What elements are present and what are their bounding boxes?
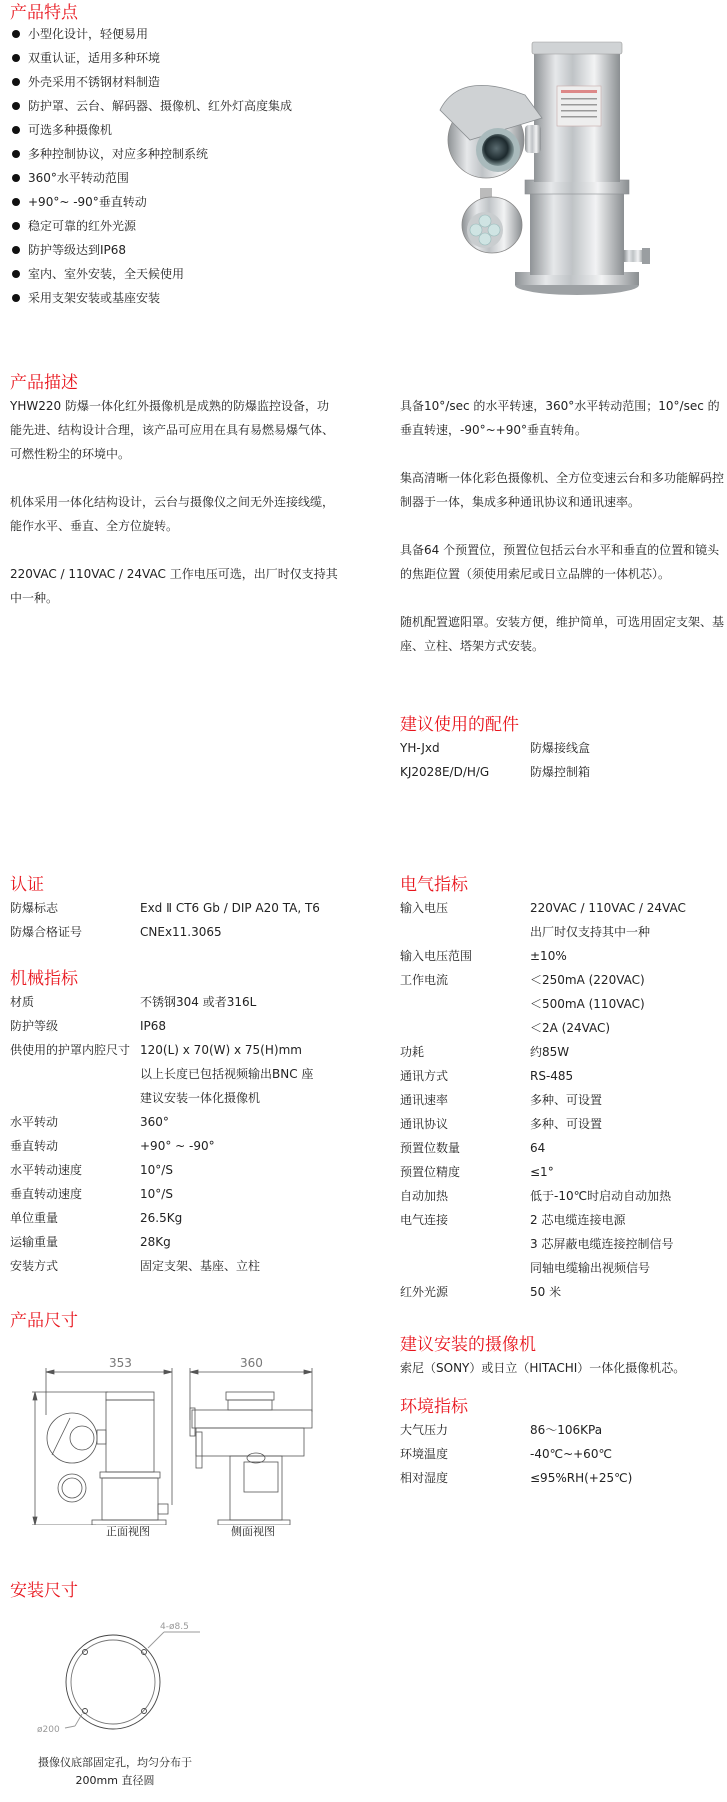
spec-row: 材质不锈钢304 或者316L [10, 990, 350, 1014]
spec-value: 多种、可设置 [530, 1112, 720, 1136]
spec-value: 3 芯屏蔽电缆连接控制信号 [530, 1232, 720, 1256]
camera-text: 索尼（SONY）或日立（HITACHI）一体化摄像机芯。 [400, 1356, 685, 1380]
spec-row: 单位重量26.5Kg [10, 1206, 350, 1230]
spec-row: 电气连接2 芯电缆连接电源 [400, 1208, 720, 1232]
spec-value: Exd Ⅱ CT6 Gb / DIP A20 TA, T6 [140, 896, 350, 920]
feature-item: 多种控制协议，对应多种控制系统 [10, 142, 292, 166]
spec-row: 工作电流＜250mA (220VAC) [400, 968, 720, 992]
electrical-title: 电气指标 [400, 874, 468, 896]
install-caption-line: 200mm 直径圆 [30, 1772, 200, 1790]
spec-key: 工作电流 [400, 968, 530, 992]
spec-row: ＜2A (24VAC) [400, 1016, 720, 1040]
spec-row: 通讯速率多种、可设置 [400, 1088, 720, 1112]
spec-key: 预置位数量 [400, 1136, 530, 1160]
spec-row: YH-Jxd防爆接线盒 [400, 736, 720, 760]
spec-key [400, 920, 530, 944]
spec-value: ±10% [530, 944, 720, 968]
spec-value: 不锈钢304 或者316L [140, 990, 350, 1014]
description-paragraph: 集高清晰一体化彩色摄像机、全方位变速云台和多功能解码控制器于一体，集成多种通讯协… [400, 466, 725, 514]
spec-row: 功耗约85W [400, 1040, 720, 1064]
description-right: 具备10°/sec 的水平转速，360°水平转动范围；10°/sec 的垂直转速… [400, 394, 725, 682]
spec-row: 建议安装一体化摄像机 [10, 1086, 350, 1110]
spec-row: 红外光源50 米 [400, 1280, 720, 1304]
spec-row: 环境温度-40℃~+60℃ [400, 1442, 720, 1466]
side-view-caption: 侧面视图 [213, 1523, 293, 1539]
description-title: 产品描述 [10, 372, 78, 394]
spec-value: 26.5Kg [140, 1206, 350, 1230]
spec-key: 防爆合格证号 [10, 920, 140, 944]
spec-key: 自动加热 [400, 1184, 530, 1208]
spec-row: 3 芯屏蔽电缆连接控制信号 [400, 1232, 720, 1256]
spec-key: 电气连接 [400, 1208, 530, 1232]
spec-value: -40℃~+60℃ [530, 1442, 720, 1466]
spec-value: 120(L) x 70(W) x 75(H)mm [140, 1038, 350, 1062]
spec-row: 大气压力86～106KPa [400, 1418, 720, 1442]
front-view-caption: 正面视图 [88, 1523, 168, 1539]
description-paragraph: 随机配置遮阳罩。安装方便，维护简单，可选用固定支架、基座、立柱、塔架方式安装。 [400, 610, 725, 658]
spec-row: KJ2028E/D/H/G防爆控制箱 [400, 760, 720, 784]
spec-value: 10°/S [140, 1158, 350, 1182]
spec-value: +90° ~ -90° [140, 1134, 350, 1158]
spec-value: 360° [140, 1110, 350, 1134]
spec-key [400, 1256, 530, 1280]
spec-value: 防爆控制箱 [530, 760, 720, 784]
spec-row: 防护等级IP68 [10, 1014, 350, 1038]
dimensions-title: 产品尺寸 [10, 1310, 78, 1332]
accessories-title: 建议使用的配件 [400, 714, 519, 736]
spec-value: 2 芯电缆连接电源 [530, 1208, 720, 1232]
spec-row: 相对湿度≤95%RH(+25℃) [400, 1466, 720, 1490]
certification-table: 防爆标志Exd Ⅱ CT6 Gb / DIP A20 TA, T6 防爆合格证号… [10, 896, 350, 944]
spec-key: 大气压力 [400, 1418, 530, 1442]
feature-item: 可选多种摄像机 [10, 118, 292, 142]
spec-row: 运输重量28Kg [10, 1230, 350, 1254]
spec-value: 以上长度已包括视频输出BNC 座 [140, 1062, 350, 1086]
spec-row: 输入电压220VAC / 110VAC / 24VAC [400, 896, 720, 920]
spec-row: 以上长度已包括视频输出BNC 座 [10, 1062, 350, 1086]
spec-value: 固定支架、基座、立柱 [140, 1254, 350, 1278]
spec-key: 垂直转动速度 [10, 1182, 140, 1206]
features-list: 小型化设计，轻便易用 双重认证，适用多种环境 外壳采用不锈钢材料制造 防护罩、云… [10, 22, 292, 310]
spec-key: 水平转动速度 [10, 1158, 140, 1182]
dimension-drawings: 353 360 401 正面视图 侧面视图 [30, 1350, 330, 1535]
spec-value: ＜250mA (220VAC) [530, 968, 720, 992]
front-width-label: 353 [109, 1356, 132, 1370]
feature-item: 室内、室外安装，全天候使用 [10, 262, 292, 286]
spec-key: 垂直转动 [10, 1134, 140, 1158]
spec-value: 50 米 [530, 1280, 720, 1304]
spec-row: 安装方式固定支架、基座、立柱 [10, 1254, 350, 1278]
spec-value: IP68 [140, 1014, 350, 1038]
spec-key: 单位重量 [10, 1206, 140, 1230]
spec-value: RS-485 [530, 1064, 720, 1088]
spec-key [400, 1232, 530, 1256]
spec-value: 低于-10℃时启动自动加热 [530, 1184, 720, 1208]
spec-row: 同轴电缆输出视频信号 [400, 1256, 720, 1280]
spec-row: 出厂时仅支持其中一种 [400, 920, 720, 944]
hole-label: 4-ø8.5 [160, 1622, 189, 1632]
description-paragraph: 具备64 个预置位，预置位包括云台水平和垂直的位置和镜头的焦距位置（须使用索尼或… [400, 538, 725, 586]
feature-item: 防护罩、云台、解码器、摄像机、红外灯高度集成 [10, 94, 292, 118]
spec-value: 约85W [530, 1040, 720, 1064]
description-paragraph: YHW220 防爆一体化红外摄像机是成熟的防爆监控设备，功能先进、结构设计合理，… [10, 394, 340, 466]
install-caption-line: 摄像仪底部固定孔，均匀分布于 [30, 1754, 200, 1772]
accessories-table: YH-Jxd防爆接线盒 KJ2028E/D/H/G防爆控制箱 [400, 736, 720, 784]
spec-value: 建议安装一体化摄像机 [140, 1086, 350, 1110]
spec-row: 防爆标志Exd Ⅱ CT6 Gb / DIP A20 TA, T6 [10, 896, 350, 920]
spec-row: 通讯方式RS-485 [400, 1064, 720, 1088]
description-paragraph: 220VAC / 110VAC / 24VAC 工作电压可选，出厂时仅支持其中一… [10, 562, 340, 610]
product-image [430, 40, 680, 300]
spec-key: 水平转动 [10, 1110, 140, 1134]
spec-row: 输入电压范围±10% [400, 944, 720, 968]
spec-key: KJ2028E/D/H/G [400, 760, 530, 784]
feature-item: 防护等级达到IP68 [10, 238, 292, 262]
spec-key: 通讯方式 [400, 1064, 530, 1088]
spec-value: 出厂时仅支持其中一种 [530, 920, 720, 944]
side-width-label: 360 [240, 1356, 263, 1370]
spec-value: 防爆接线盒 [530, 736, 720, 760]
spec-key: 输入电压范围 [400, 944, 530, 968]
camera-product-illustration [430, 40, 680, 300]
spec-row: ＜500mA (110VAC) [400, 992, 720, 1016]
spec-key: 防爆标志 [10, 896, 140, 920]
spec-key: 材质 [10, 990, 140, 1014]
spec-key: 运输重量 [10, 1230, 140, 1254]
description-paragraph: 具备10°/sec 的水平转速，360°水平转动范围；10°/sec 的垂直转速… [400, 394, 725, 442]
spec-row: 垂直转动+90° ~ -90° [10, 1134, 350, 1158]
spec-key: 防护等级 [10, 1014, 140, 1038]
camera-title: 建议安装的摄像机 [400, 1334, 536, 1356]
install-caption: 摄像仪底部固定孔，均匀分布于 200mm 直径圆 [30, 1754, 200, 1790]
description-left: YHW220 防爆一体化红外摄像机是成熟的防爆监控设备，功能先进、结构设计合理，… [10, 394, 340, 634]
description-paragraph: 机体采用一体化结构设计，云台与摄像仪之间无外连接线缆，能作水平、垂直、全方位旋转… [10, 490, 340, 538]
spec-value: ＜500mA (110VAC) [530, 992, 720, 1016]
spec-value: 86～106KPa [530, 1418, 720, 1442]
spec-row: 垂直转动速度10°/S [10, 1182, 350, 1206]
feature-item: 小型化设计，轻便易用 [10, 22, 292, 46]
spec-key: 输入电压 [400, 896, 530, 920]
spec-row: 自动加热低于-10℃时启动自动加热 [400, 1184, 720, 1208]
environment-table: 大气压力86～106KPa 环境温度-40℃~+60℃ 相对湿度≤95%RH(+… [400, 1418, 720, 1490]
spec-key: 环境温度 [400, 1442, 530, 1466]
front-height-label: 401 [30, 1445, 31, 1468]
spec-value: ≤1° [530, 1160, 720, 1184]
spec-value: CNEx11.3065 [140, 920, 350, 944]
install-drawing: 4-ø8.5 ø200 摄像仪底部固定孔，均匀分布于 200mm 直径圆 [30, 1620, 250, 1800]
feature-item: 外壳采用不锈钢材料制造 [10, 70, 292, 94]
spec-key: 功耗 [400, 1040, 530, 1064]
spec-value: 64 [530, 1136, 720, 1160]
spec-key [400, 1016, 530, 1040]
spec-row: 预置位数量64 [400, 1136, 720, 1160]
spec-row: 预置位精度≤1° [400, 1160, 720, 1184]
feature-item: 双重认证，适用多种环境 [10, 46, 292, 70]
spec-row: 水平转动速度10°/S [10, 1158, 350, 1182]
spec-value: ＜2A (24VAC) [530, 1016, 720, 1040]
certification-title: 认证 [10, 874, 44, 896]
feature-item: 360°水平转动范围 [10, 166, 292, 190]
install-title: 安装尺寸 [10, 1580, 78, 1602]
features-title: 产品特点 [10, 2, 78, 24]
spec-value: 28Kg [140, 1230, 350, 1254]
mechanical-title: 机械指标 [10, 968, 78, 990]
spec-value: ≤95%RH(+25℃) [530, 1466, 720, 1490]
spec-row: 供使用的护罩内腔尺寸120(L) x 70(W) x 75(H)mm [10, 1038, 350, 1062]
environment-title: 环境指标 [400, 1396, 468, 1418]
spec-row: 水平转动360° [10, 1110, 350, 1134]
technical-drawing: 353 360 401 [30, 1350, 330, 1525]
spec-row: 通讯协议多种、可设置 [400, 1112, 720, 1136]
spec-key [10, 1086, 140, 1110]
feature-item: 稳定可靠的红外光源 [10, 214, 292, 238]
feature-item: 采用支架安装或基座安装 [10, 286, 292, 310]
mounting-hole-diagram: 4-ø8.5 ø200 [30, 1620, 250, 1750]
spec-key: YH-Jxd [400, 736, 530, 760]
feature-item: +90°~ -90°垂直转动 [10, 190, 292, 214]
spec-value: 多种、可设置 [530, 1088, 720, 1112]
spec-row: 防爆合格证号CNEx11.3065 [10, 920, 350, 944]
spec-value: 220VAC / 110VAC / 24VAC [530, 896, 720, 920]
diameter-label: ø200 [37, 1725, 60, 1735]
spec-key: 红外光源 [400, 1280, 530, 1304]
spec-value: 10°/S [140, 1182, 350, 1206]
spec-key: 安装方式 [10, 1254, 140, 1278]
spec-key [400, 992, 530, 1016]
spec-key: 通讯协议 [400, 1112, 530, 1136]
mechanical-table: 材质不锈钢304 或者316L 防护等级IP68 供使用的护罩内腔尺寸120(L… [10, 990, 350, 1278]
electrical-table: 输入电压220VAC / 110VAC / 24VAC 出厂时仅支持其中一种 输… [400, 896, 720, 1304]
spec-key: 预置位精度 [400, 1160, 530, 1184]
spec-key: 通讯速率 [400, 1088, 530, 1112]
spec-key: 供使用的护罩内腔尺寸 [10, 1038, 140, 1062]
spec-key [10, 1062, 140, 1086]
spec-key: 相对湿度 [400, 1466, 530, 1490]
spec-value: 同轴电缆输出视频信号 [530, 1256, 720, 1280]
